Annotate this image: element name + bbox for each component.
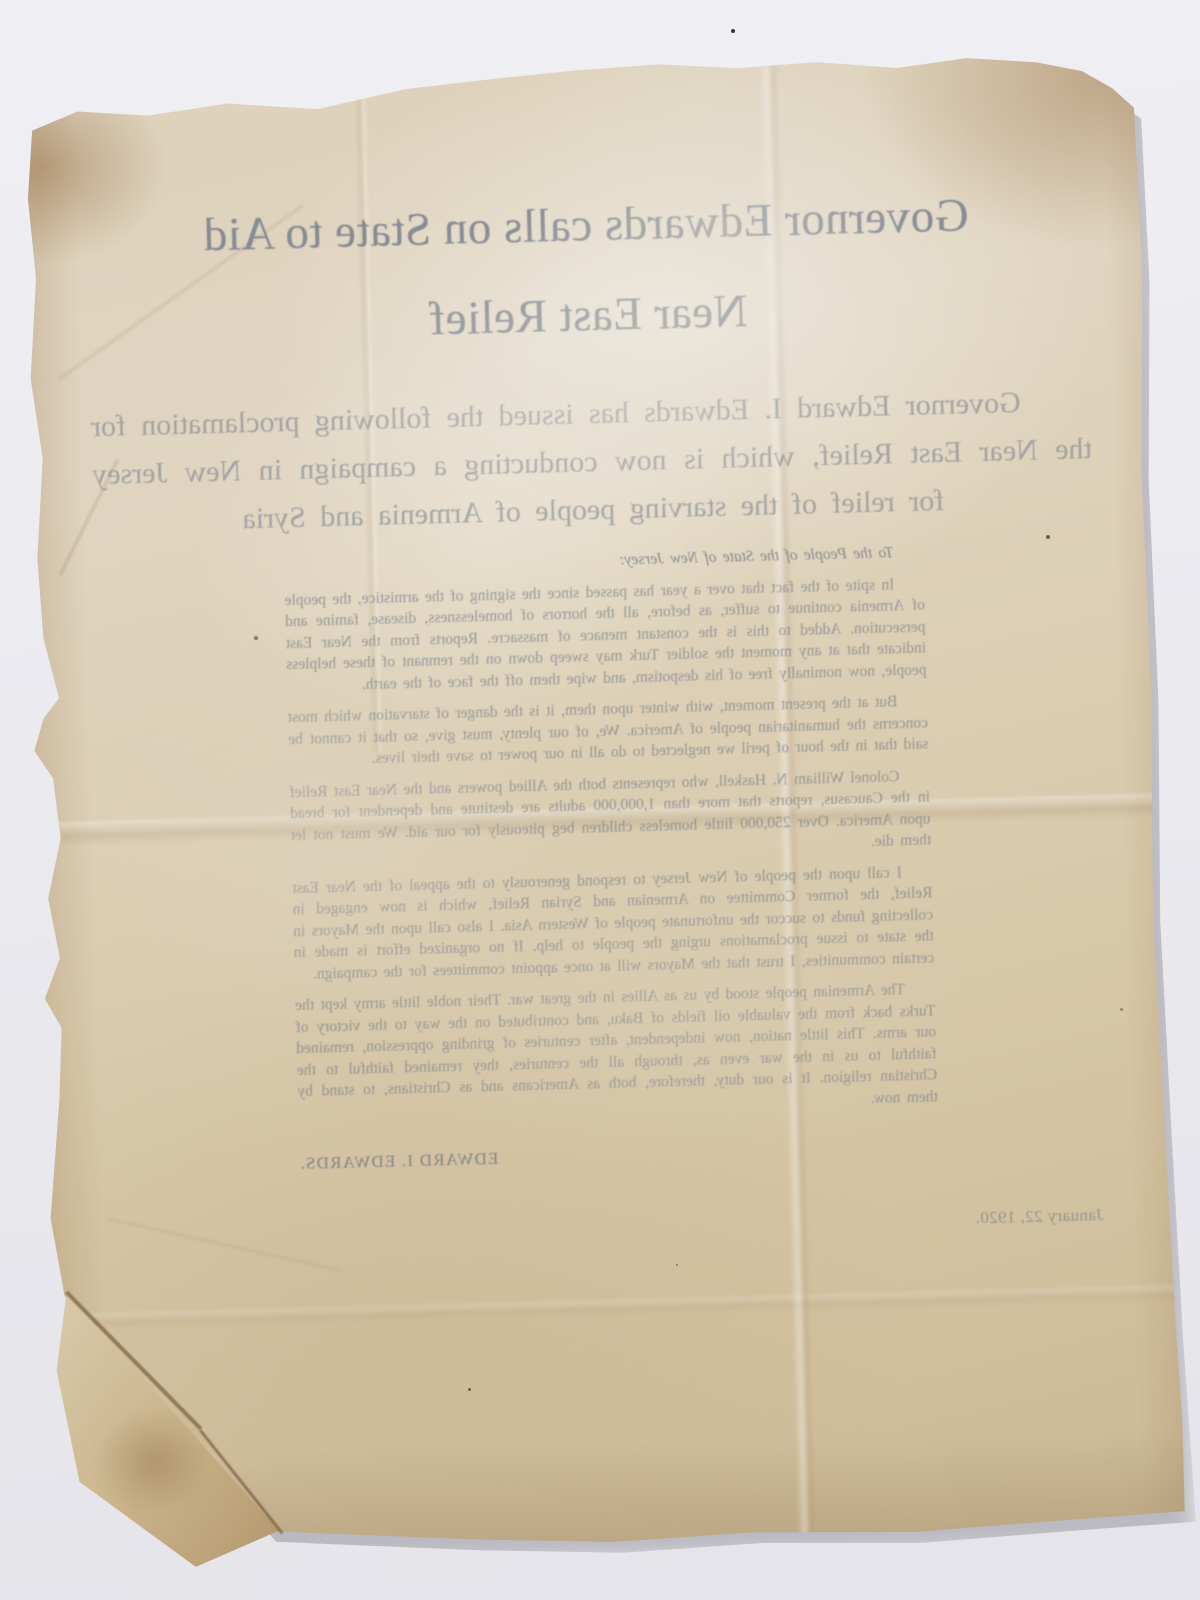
signature-line: EDWARD I. EDWARDS.: [295, 1137, 939, 1174]
body-paragraph: In spite of the fact that over a year ha…: [284, 573, 927, 697]
document-paper: Governor Edwards calls on State to Aid N…: [17, 49, 1185, 1560]
mirrored-bleedthrough-text: Governor Edwards calls on State to Aid N…: [17, 49, 1185, 1560]
dust-speck: [254, 636, 258, 640]
headline-line-2: Near East Relief: [428, 285, 748, 345]
body-paragraph: But at the present moment, with winter u…: [287, 690, 928, 771]
lead-paragraph: Governor Edward I. Edwards has issued th…: [90, 377, 1093, 547]
dust-speck: [468, 1388, 471, 1391]
photo-backdrop: Governor Edwards calls on State to Aid N…: [0, 0, 1200, 1600]
date-line: January 22, 1920.: [47, 1205, 1103, 1253]
dust-speck: [731, 29, 735, 33]
dust-speck: [676, 1264, 678, 1266]
dust-speck: [1046, 535, 1050, 539]
headline-line-1: Governor Edwards calls on State to Aid: [202, 189, 969, 261]
body-paragraph: I call upon the people of New Jersey to …: [292, 861, 935, 985]
body-paragraph: The Armenian people stood by us as Allie…: [295, 978, 938, 1124]
body-text: To the People of the State of New Jersey…: [283, 541, 938, 1124]
body-paragraph: Colonel William N. Haskell, who represen…: [289, 765, 931, 868]
salutation: To the People of the State of New Jersey…: [283, 541, 923, 579]
headline: Governor Edwards calls on State to Aid N…: [20, 165, 1154, 375]
paper-sheet: Governor Edwards calls on State to Aid N…: [17, 49, 1185, 1560]
dust-speck: [1120, 1008, 1123, 1011]
